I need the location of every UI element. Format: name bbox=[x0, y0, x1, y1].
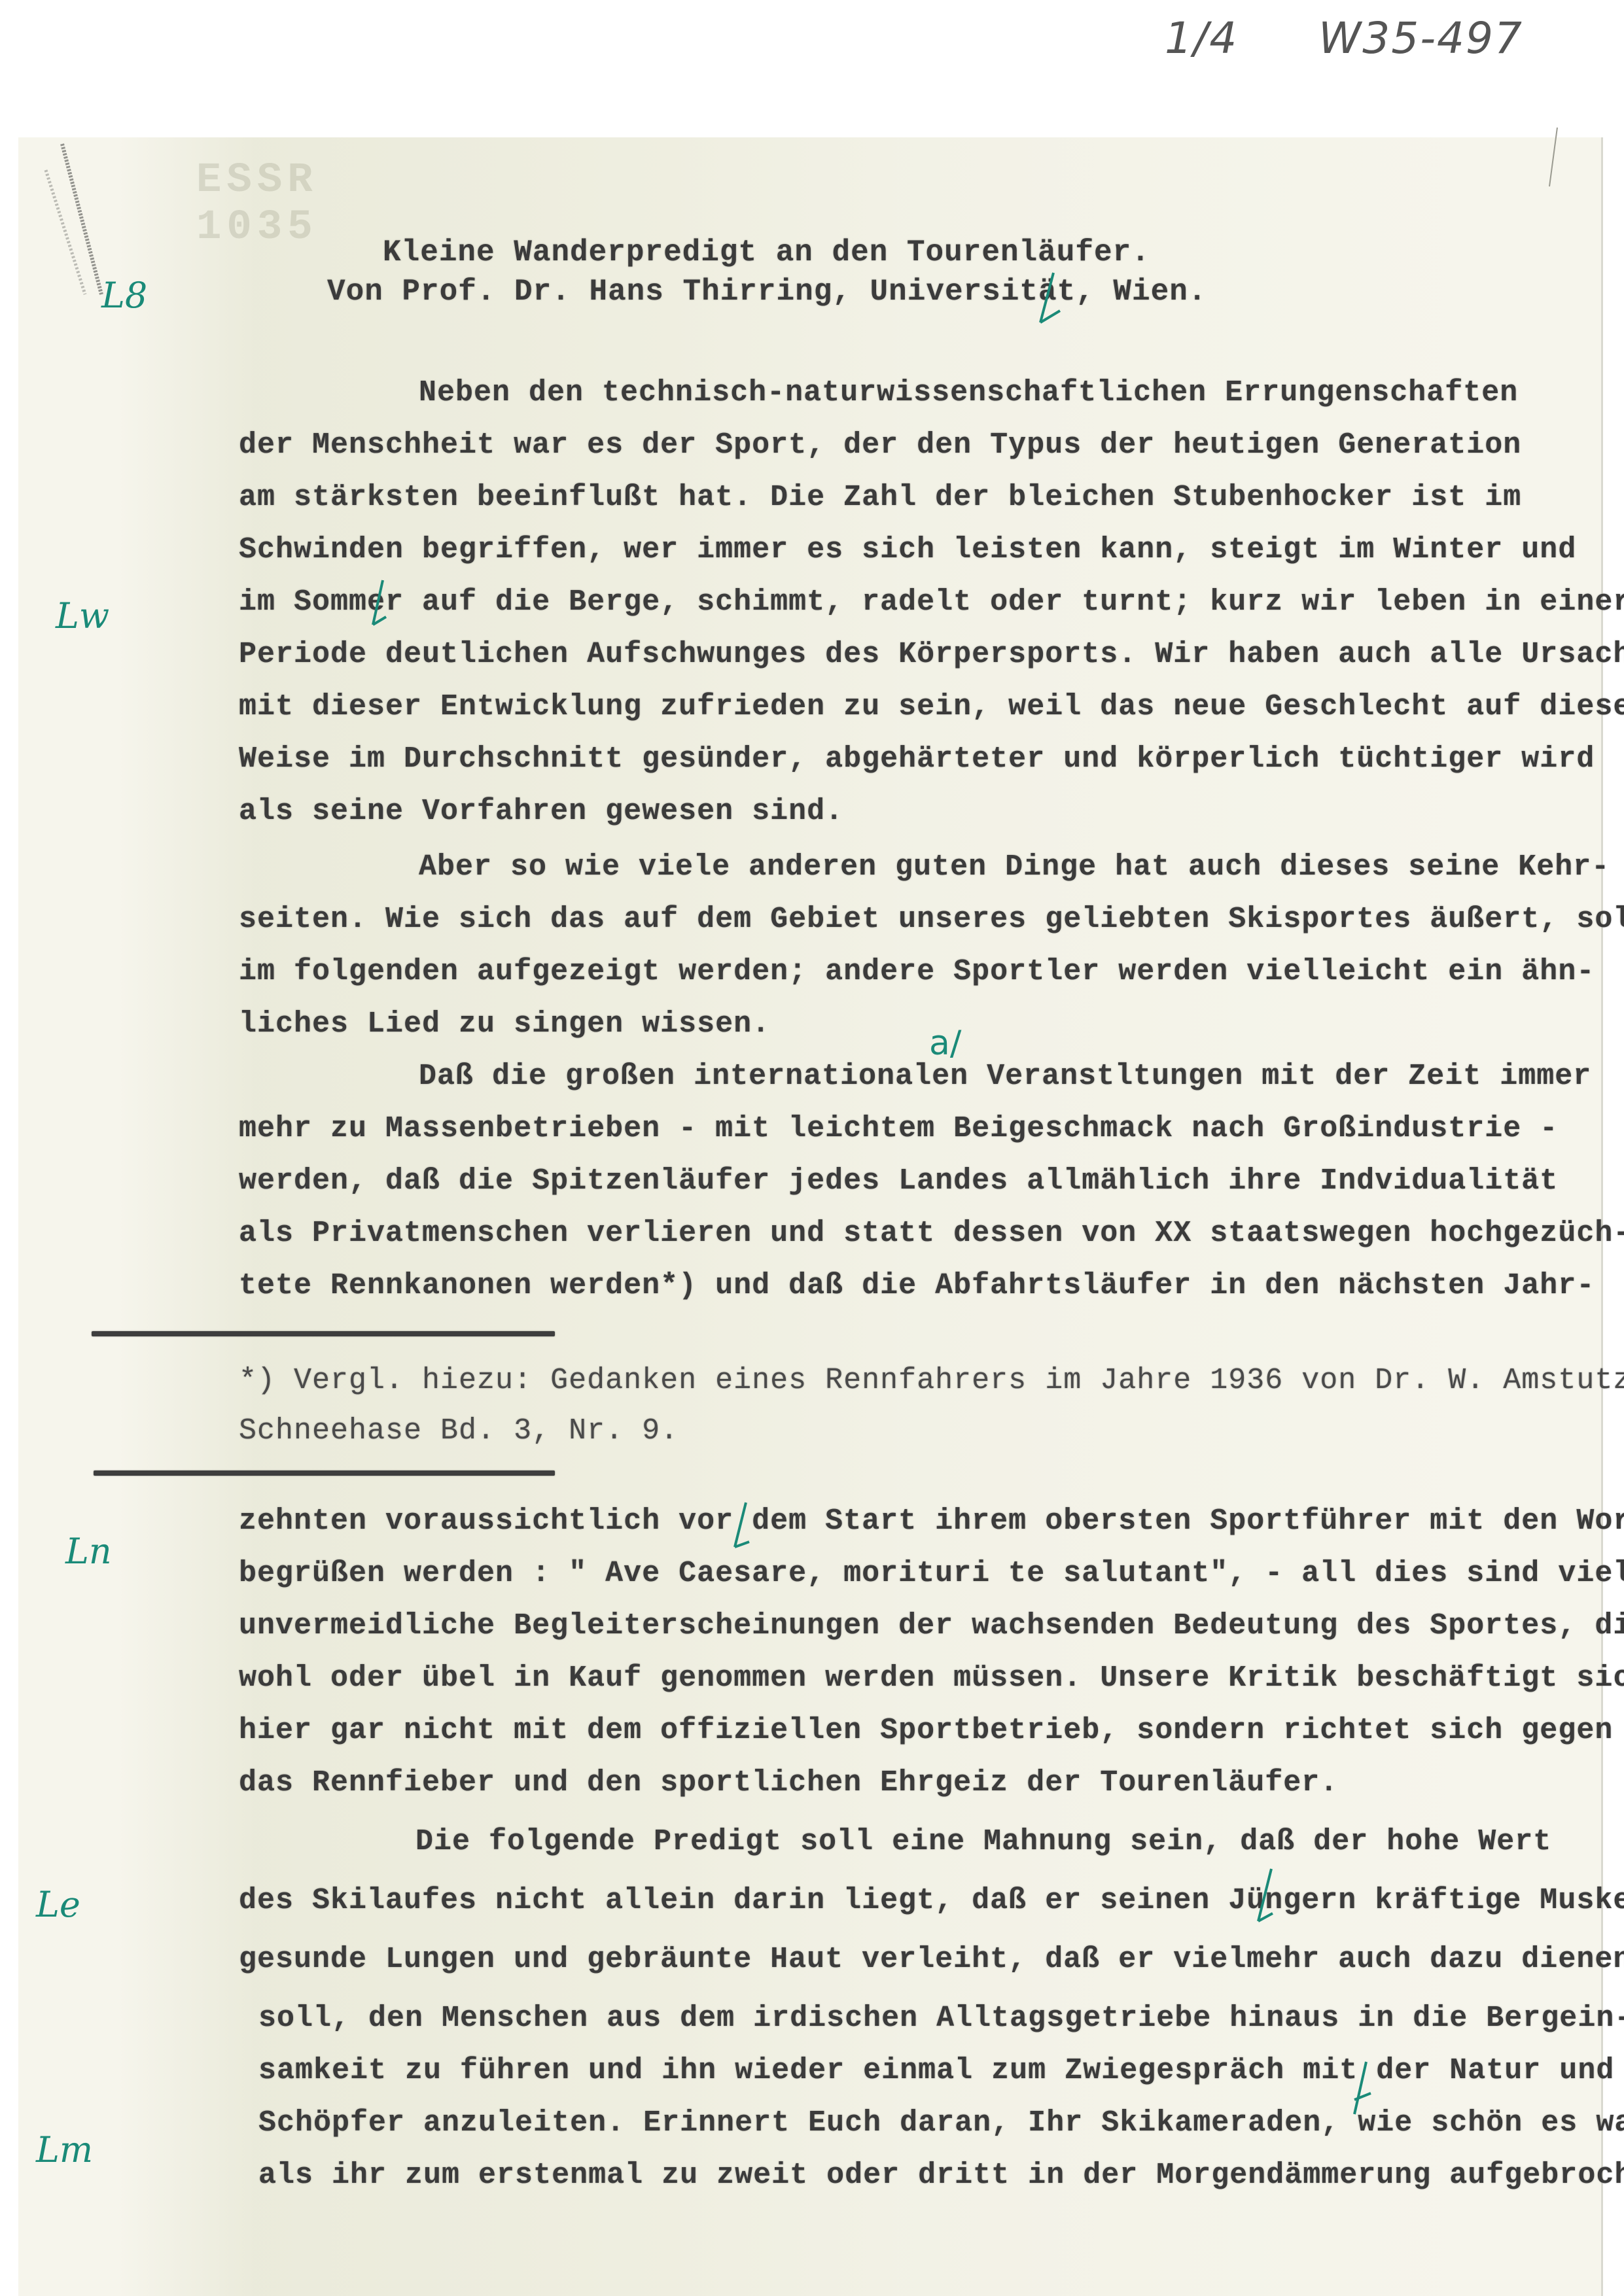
body-line: Schöpfer anzuleiten. Erinnert Euch daran… bbox=[258, 2106, 1624, 2140]
body-line: liches Lied zu singen wissen. bbox=[239, 1007, 770, 1041]
pencil-tick-icon bbox=[1544, 124, 1564, 190]
body-line: Die folgende Predigt soll eine Mahnung s… bbox=[415, 1825, 1551, 1858]
body-line: seiten. Wie sich das auf dem Gebiet unse… bbox=[239, 903, 1624, 936]
body-line: zehnten voraussichtlich vor dem Start ih… bbox=[239, 1505, 1624, 1538]
body-line: mit dieser Entwicklung zufrieden zu sein… bbox=[239, 690, 1624, 723]
body-line: unvermeidliche Begleiterscheinungen der … bbox=[239, 1609, 1624, 1643]
margin-correction-mark: Lm bbox=[36, 2129, 93, 2170]
margin-correction-mark: Lw bbox=[56, 595, 109, 636]
body-line: Periode deutlichen Aufschwunges des Körp… bbox=[239, 638, 1624, 671]
body-line: mehr zu Massenbetrieben - mit leichtem B… bbox=[239, 1112, 1558, 1145]
body-line: Neben den technisch-naturwissenschaftlic… bbox=[419, 376, 1518, 409]
body-line: am stärksten beeinflußt hat. Die Zahl de… bbox=[239, 481, 1521, 514]
body-line: tete Rennkanonen werden*) und daß die Ab… bbox=[239, 1269, 1595, 1302]
body-line: soll, den Menschen aus dem irdischen All… bbox=[258, 2002, 1624, 2035]
body-line: werden, daß die Spitzenläufer jedes Land… bbox=[239, 1164, 1558, 1198]
page-number-mark: 1/4 bbox=[1165, 13, 1238, 63]
inline-correction-mark: a/ bbox=[929, 1024, 961, 1063]
margin-correction-mark: Ln bbox=[65, 1531, 112, 1572]
correction-stroke-icon bbox=[730, 1501, 756, 1554]
margin-correction-mark: Le bbox=[36, 1884, 80, 1925]
faded-stamp: ESSR 1035 bbox=[196, 157, 406, 209]
body-line: hier gar nicht mit dem offiziellen Sport… bbox=[239, 1714, 1613, 1747]
footnote-line: Schneehase Bd. 3, Nr. 9. bbox=[239, 1414, 679, 1448]
document-title: Kleine Wanderpredigt an den Tourenläufer… bbox=[383, 235, 1150, 270]
body-line: des Skilaufes nicht allein darin liegt, … bbox=[239, 1884, 1624, 1917]
footnote-divider-top bbox=[92, 1331, 555, 1336]
body-line: im folgenden aufgezeigt werden; andere S… bbox=[239, 955, 1595, 988]
body-line: als ihr zum erstenmal zu zweit oder drit… bbox=[258, 2159, 1624, 2192]
body-line: Schwinden begriffen, wer immer es sich l… bbox=[239, 533, 1576, 566]
body-line: das Rennfieber und den sportlichen Ehrge… bbox=[239, 1766, 1338, 1800]
body-line: begrüßen werden : " Ave Caesare, moritur… bbox=[239, 1557, 1624, 1590]
correction-stroke-icon bbox=[1253, 1868, 1279, 1926]
footnote-line: *) Vergl. hiezu: Gedanken eines Rennfahr… bbox=[239, 1364, 1624, 1397]
body-line: im Sommer auf die Berge, schimmt, radelt… bbox=[239, 585, 1624, 619]
pencil-strokes-icon bbox=[39, 131, 111, 301]
body-line: Aber so wie viele anderen guten Dinge ha… bbox=[419, 850, 1610, 884]
archive-reference-mark: W35-497 bbox=[1318, 13, 1523, 63]
body-line: Weise im Durchschnitt gesünder, abgehärt… bbox=[239, 742, 1595, 776]
body-line: als Privatmenschen verlieren und statt d… bbox=[239, 1217, 1624, 1250]
correction-stroke-icon bbox=[1034, 271, 1067, 324]
body-line: gesunde Lungen und gebräunte Haut verlei… bbox=[239, 1943, 1624, 1976]
body-line: samkeit zu führen und ihn wieder einmal … bbox=[258, 2054, 1624, 2087]
document-byline: Von Prof. Dr. Hans Thirring, Universität… bbox=[327, 275, 1207, 309]
body-line: wohl oder übel in Kauf genommen werden m… bbox=[239, 1661, 1624, 1695]
footnote-divider-bottom bbox=[94, 1470, 555, 1476]
correction-stroke-icon bbox=[366, 579, 393, 631]
body-line: als seine Vorfahren gewesen sind. bbox=[239, 795, 843, 828]
margin-correction-mark: L8 bbox=[101, 275, 147, 316]
body-line: Daß die großen internationalen Veranstlt… bbox=[419, 1060, 1591, 1093]
correction-stroke-icon bbox=[1348, 2061, 1374, 2119]
body-line: der Menschheit war es der Sport, der den… bbox=[239, 428, 1521, 462]
